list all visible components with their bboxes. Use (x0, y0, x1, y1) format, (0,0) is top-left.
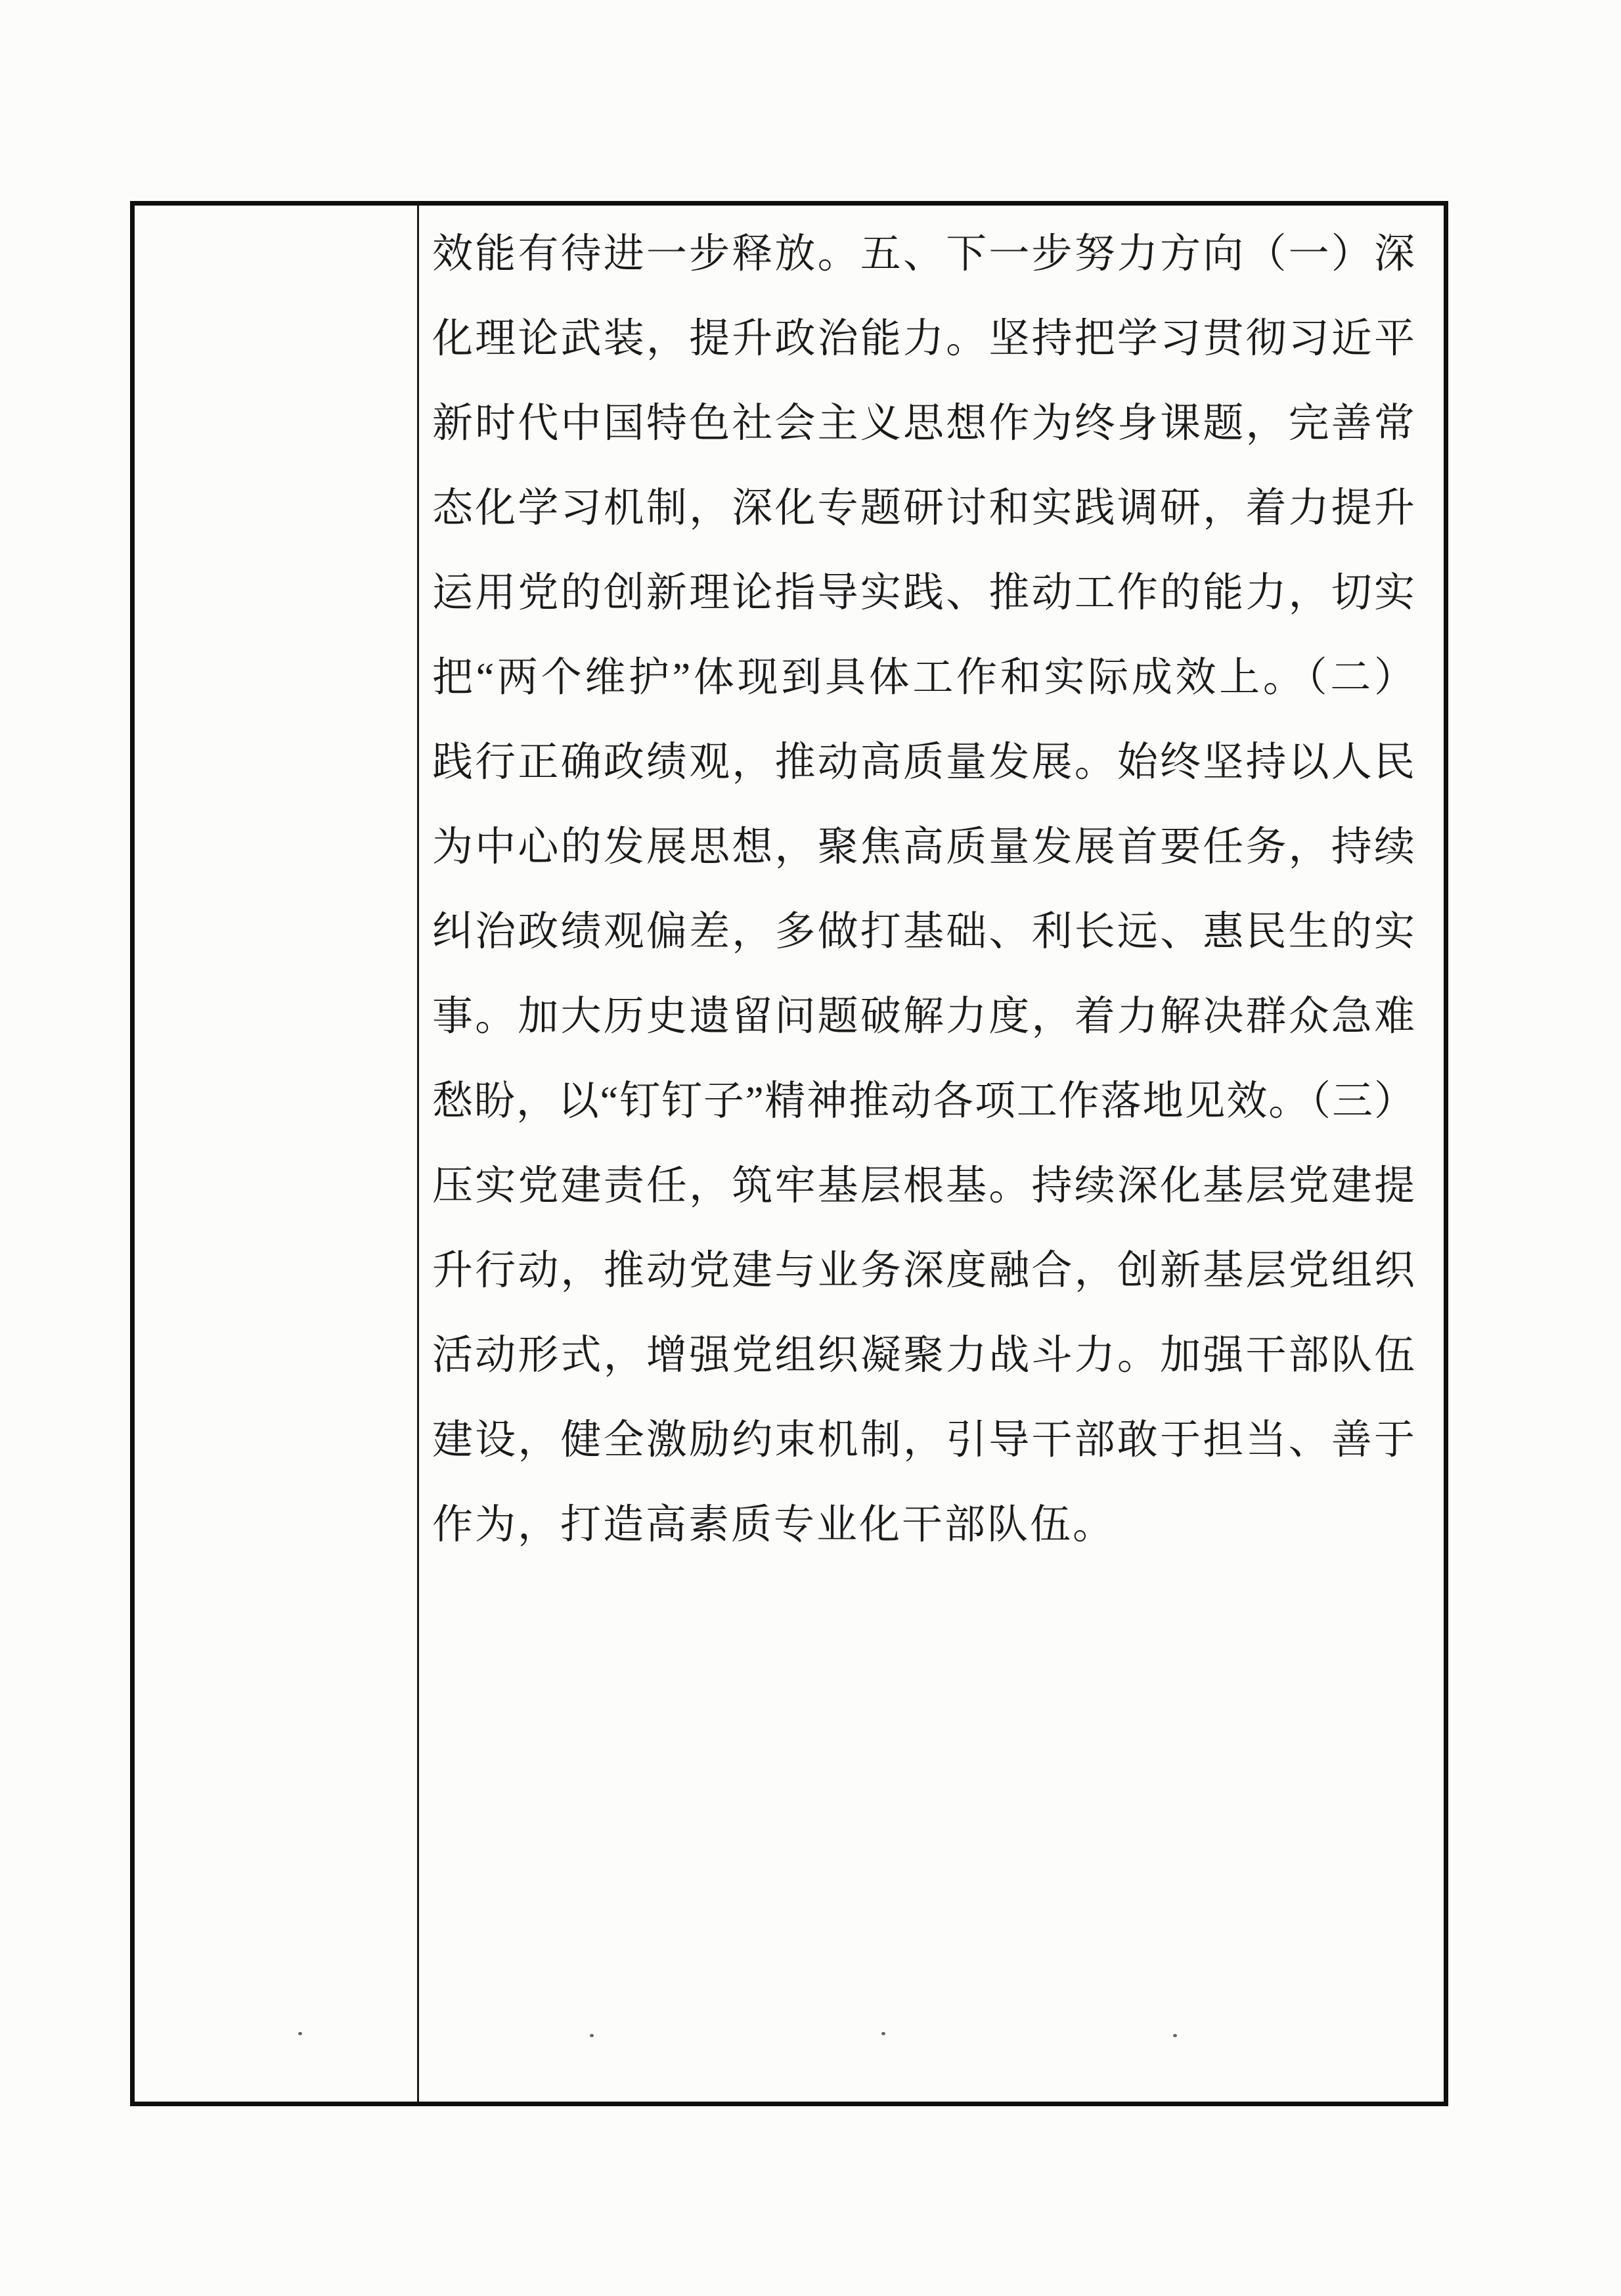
text-line: 压实党建责任，筑牢基层根基。持续深化基层党建提 (432, 1144, 1415, 1229)
text-line: 事。加大历史遗留问题破解力度，着力解决群众急难 (432, 975, 1415, 1059)
text-line: 践行正确政绩观，推动高质量发展。始终坚持以人民 (432, 720, 1415, 805)
text-line: 作为，打造高素质专业化干部队伍。 (432, 1483, 1415, 1568)
scan-speck (881, 2032, 885, 2035)
text-line: 升行动，推动党建与业务深度融合，创新基层党组织 (432, 1229, 1415, 1314)
text-line: 效能有待进一步释放。五、下一步努力方向（一）深 (432, 212, 1415, 297)
text-line: 为中心的发展思想，聚焦高质量发展首要任务，持续 (432, 805, 1415, 890)
text-line: 运用党的创新理论指导实践、推动工作的能力，切实 (432, 551, 1415, 636)
scan-speck (1173, 2034, 1177, 2037)
table-left-cell (135, 206, 419, 2102)
text-line: 愁盼，以“钉钉子”精神推动各项工作落地见效。（三） (432, 1059, 1415, 1144)
document-table: 效能有待进一步释放。五、下一步努力方向（一）深 化理论武装，提升政治能力。坚持把… (130, 201, 1448, 2106)
text-line: 态化学习机制，深化专题研讨和实践调研，着力提升 (432, 466, 1415, 551)
scan-speck (298, 2032, 302, 2035)
text-line: 活动形式，增强党组织凝聚力战斗力。加强干部队伍 (432, 1314, 1415, 1398)
table-right-cell: 效能有待进一步释放。五、下一步努力方向（一）深 化理论武装，提升政治能力。坚持把… (419, 206, 1444, 2102)
text-line: 新时代中国特色社会主义思想作为终身课题，完善常 (432, 382, 1415, 466)
scan-speck (590, 2034, 594, 2037)
text-line: 把“两个维护”体现到具体工作和实际成效上。（二） (432, 636, 1415, 720)
scanned-document-page: 效能有待进一步释放。五、下一步努力方向（一）深 化理论武装，提升政治能力。坚持把… (0, 0, 1621, 2296)
text-line: 建设，健全激励约束机制，引导干部敢于担当、善于 (432, 1398, 1415, 1483)
text-line: 纠治政绩观偏差，多做打基础、利长远、惠民生的实 (432, 890, 1415, 975)
text-line: 化理论武装，提升政治能力。坚持把学习贯彻习近平 (432, 297, 1415, 382)
